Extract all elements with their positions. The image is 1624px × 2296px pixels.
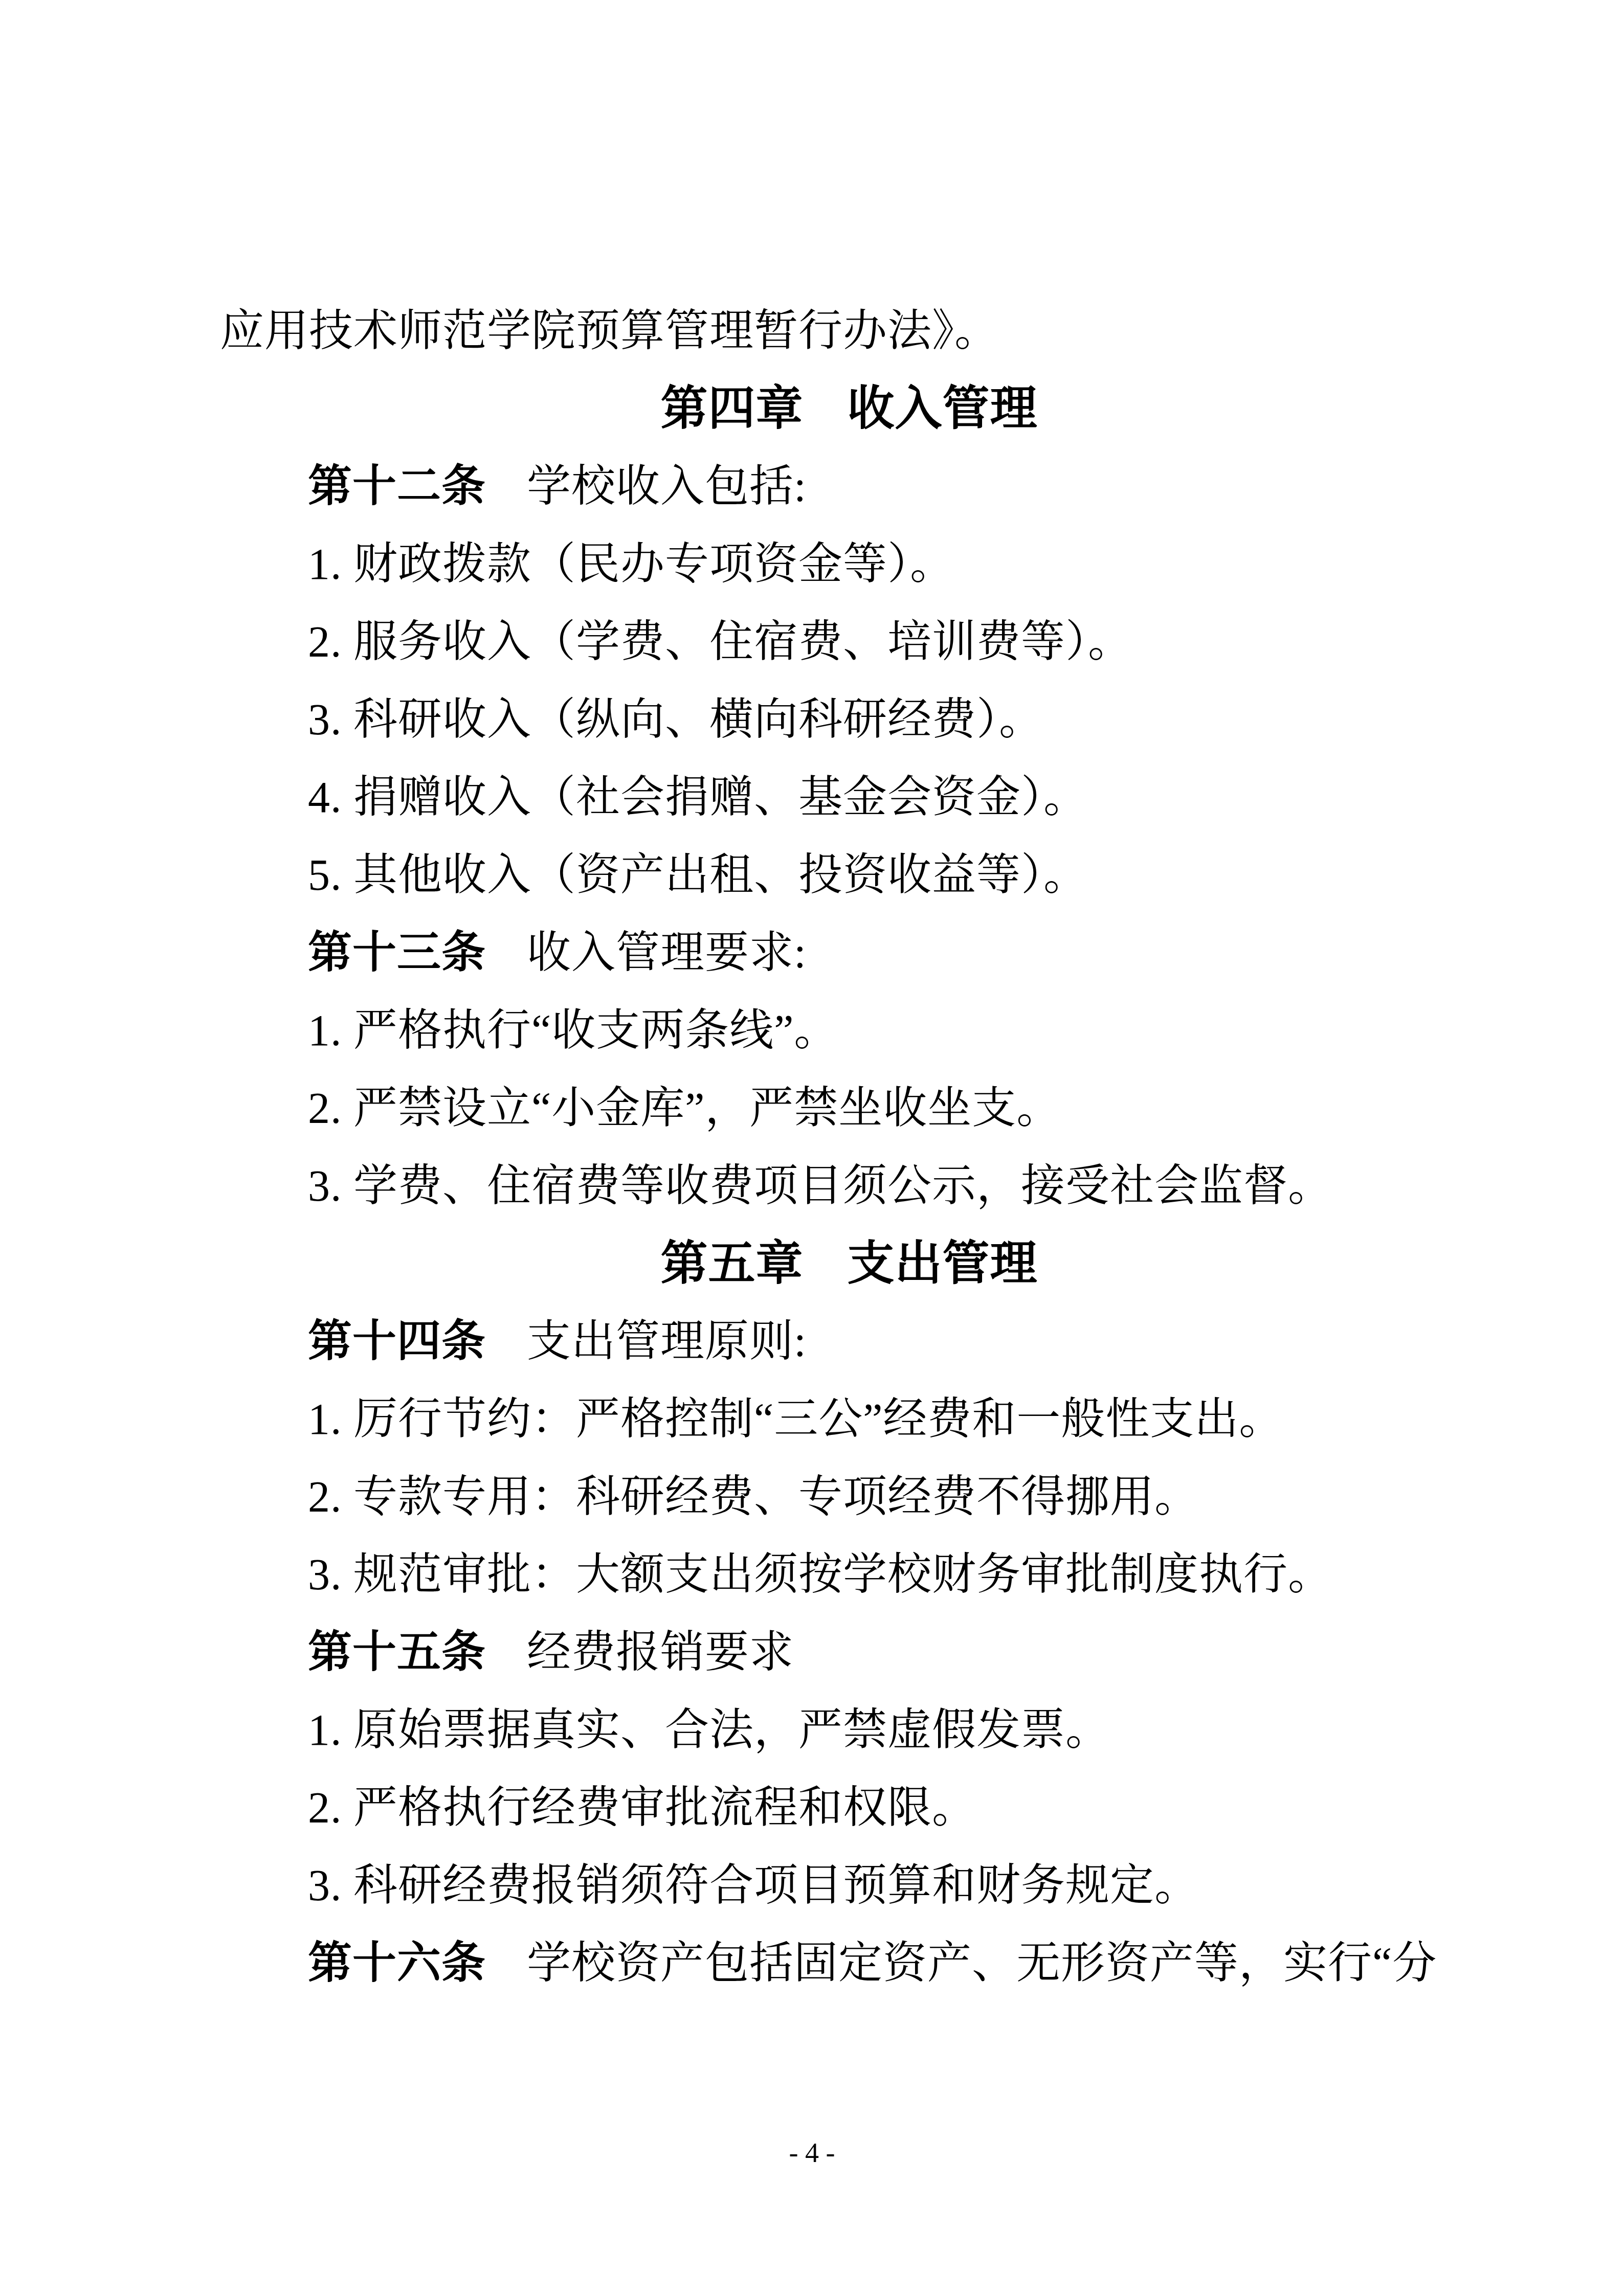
reimburse-rule-3: 3. 科研经费报销须符合项目预算和财务规定。 <box>220 1847 1478 1924</box>
expense-principle-1: 1. 厉行节约：严格控制“三公”经费和一般性支出。 <box>220 1380 1478 1458</box>
article-13-label: 第十三条 <box>308 928 486 977</box>
income-rule-2: 2. 严禁设立“小金库”，严禁坐收坐支。 <box>220 1069 1478 1147</box>
income-item-1: 1. 财政拨款（民办专项资金等）。 <box>220 525 1478 603</box>
expense-principle-3: 3. 规范审批：大额支出须按学校财务审批制度执行。 <box>220 1536 1478 1613</box>
article-16-line: 第十六条学校资产包括固定资产、无形资产等，实行“分 <box>220 1924 1478 2002</box>
income-rule-3: 3. 学费、住宿费等收费项目须公示，接受社会监督。 <box>220 1147 1478 1225</box>
article-13-text: 收入管理要求: <box>486 928 807 977</box>
chapter-5-heading: 第五章支出管理 <box>220 1225 1478 1302</box>
document-body: 应用技术师范学院预算管理暂行办法》。 第四章收入管理 第十二条学校收入包括: 1… <box>220 292 1478 2002</box>
article-12-label: 第十二条 <box>308 462 486 511</box>
chapter-5-title: 支出管理 <box>848 1237 1038 1290</box>
article-14-label: 第十四条 <box>308 1317 486 1366</box>
chapter-5-number: 第五章 <box>660 1237 803 1290</box>
income-item-3: 3. 科研收入（纵向、横向科研经费）。 <box>220 681 1478 758</box>
chapter-4-number: 第四章 <box>660 382 803 435</box>
chapter-4-title: 收入管理 <box>848 382 1038 435</box>
income-item-5: 5. 其他收入（资产出租、投资收益等）。 <box>220 836 1478 914</box>
article-15-line: 第十五条经费报销要求 <box>220 1613 1478 1691</box>
article-12-line: 第十二条学校收入包括: <box>220 447 1478 525</box>
continued-paragraph-line: 应用技术师范学院预算管理暂行办法》。 <box>220 292 1478 370</box>
income-item-4: 4. 捐赠收入（社会捐赠、基金会资金）。 <box>220 758 1478 836</box>
article-15-label: 第十五条 <box>308 1628 486 1677</box>
reimburse-rule-2: 2. 严格执行经费审批流程和权限。 <box>220 1769 1478 1847</box>
page-number: - 4 - <box>0 2131 1624 2174</box>
article-14-text: 支出管理原则: <box>486 1317 807 1366</box>
article-14-line: 第十四条支出管理原则: <box>220 1302 1478 1380</box>
article-15-text: 经费报销要求 <box>486 1628 794 1677</box>
article-13-line: 第十三条收入管理要求: <box>220 914 1478 992</box>
income-item-2: 2. 服务收入（学费、住宿费、培训费等）。 <box>220 603 1478 681</box>
article-16-label: 第十六条 <box>308 1939 486 1988</box>
article-16-text: 学校资产包括固定资产、无形资产等，实行“分 <box>486 1939 1437 1988</box>
income-rule-1: 1. 严格执行“收支两条线”。 <box>220 992 1478 1069</box>
chapter-4-heading: 第四章收入管理 <box>220 370 1478 447</box>
reimburse-rule-1: 1. 原始票据真实、合法，严禁虚假发票。 <box>220 1691 1478 1769</box>
expense-principle-2: 2. 专款专用：科研经费、专项经费不得挪用。 <box>220 1458 1478 1536</box>
document-page: 应用技术师范学院预算管理暂行办法》。 第四章收入管理 第十二条学校收入包括: 1… <box>0 0 1624 2296</box>
article-12-text: 学校收入包括: <box>486 462 807 511</box>
